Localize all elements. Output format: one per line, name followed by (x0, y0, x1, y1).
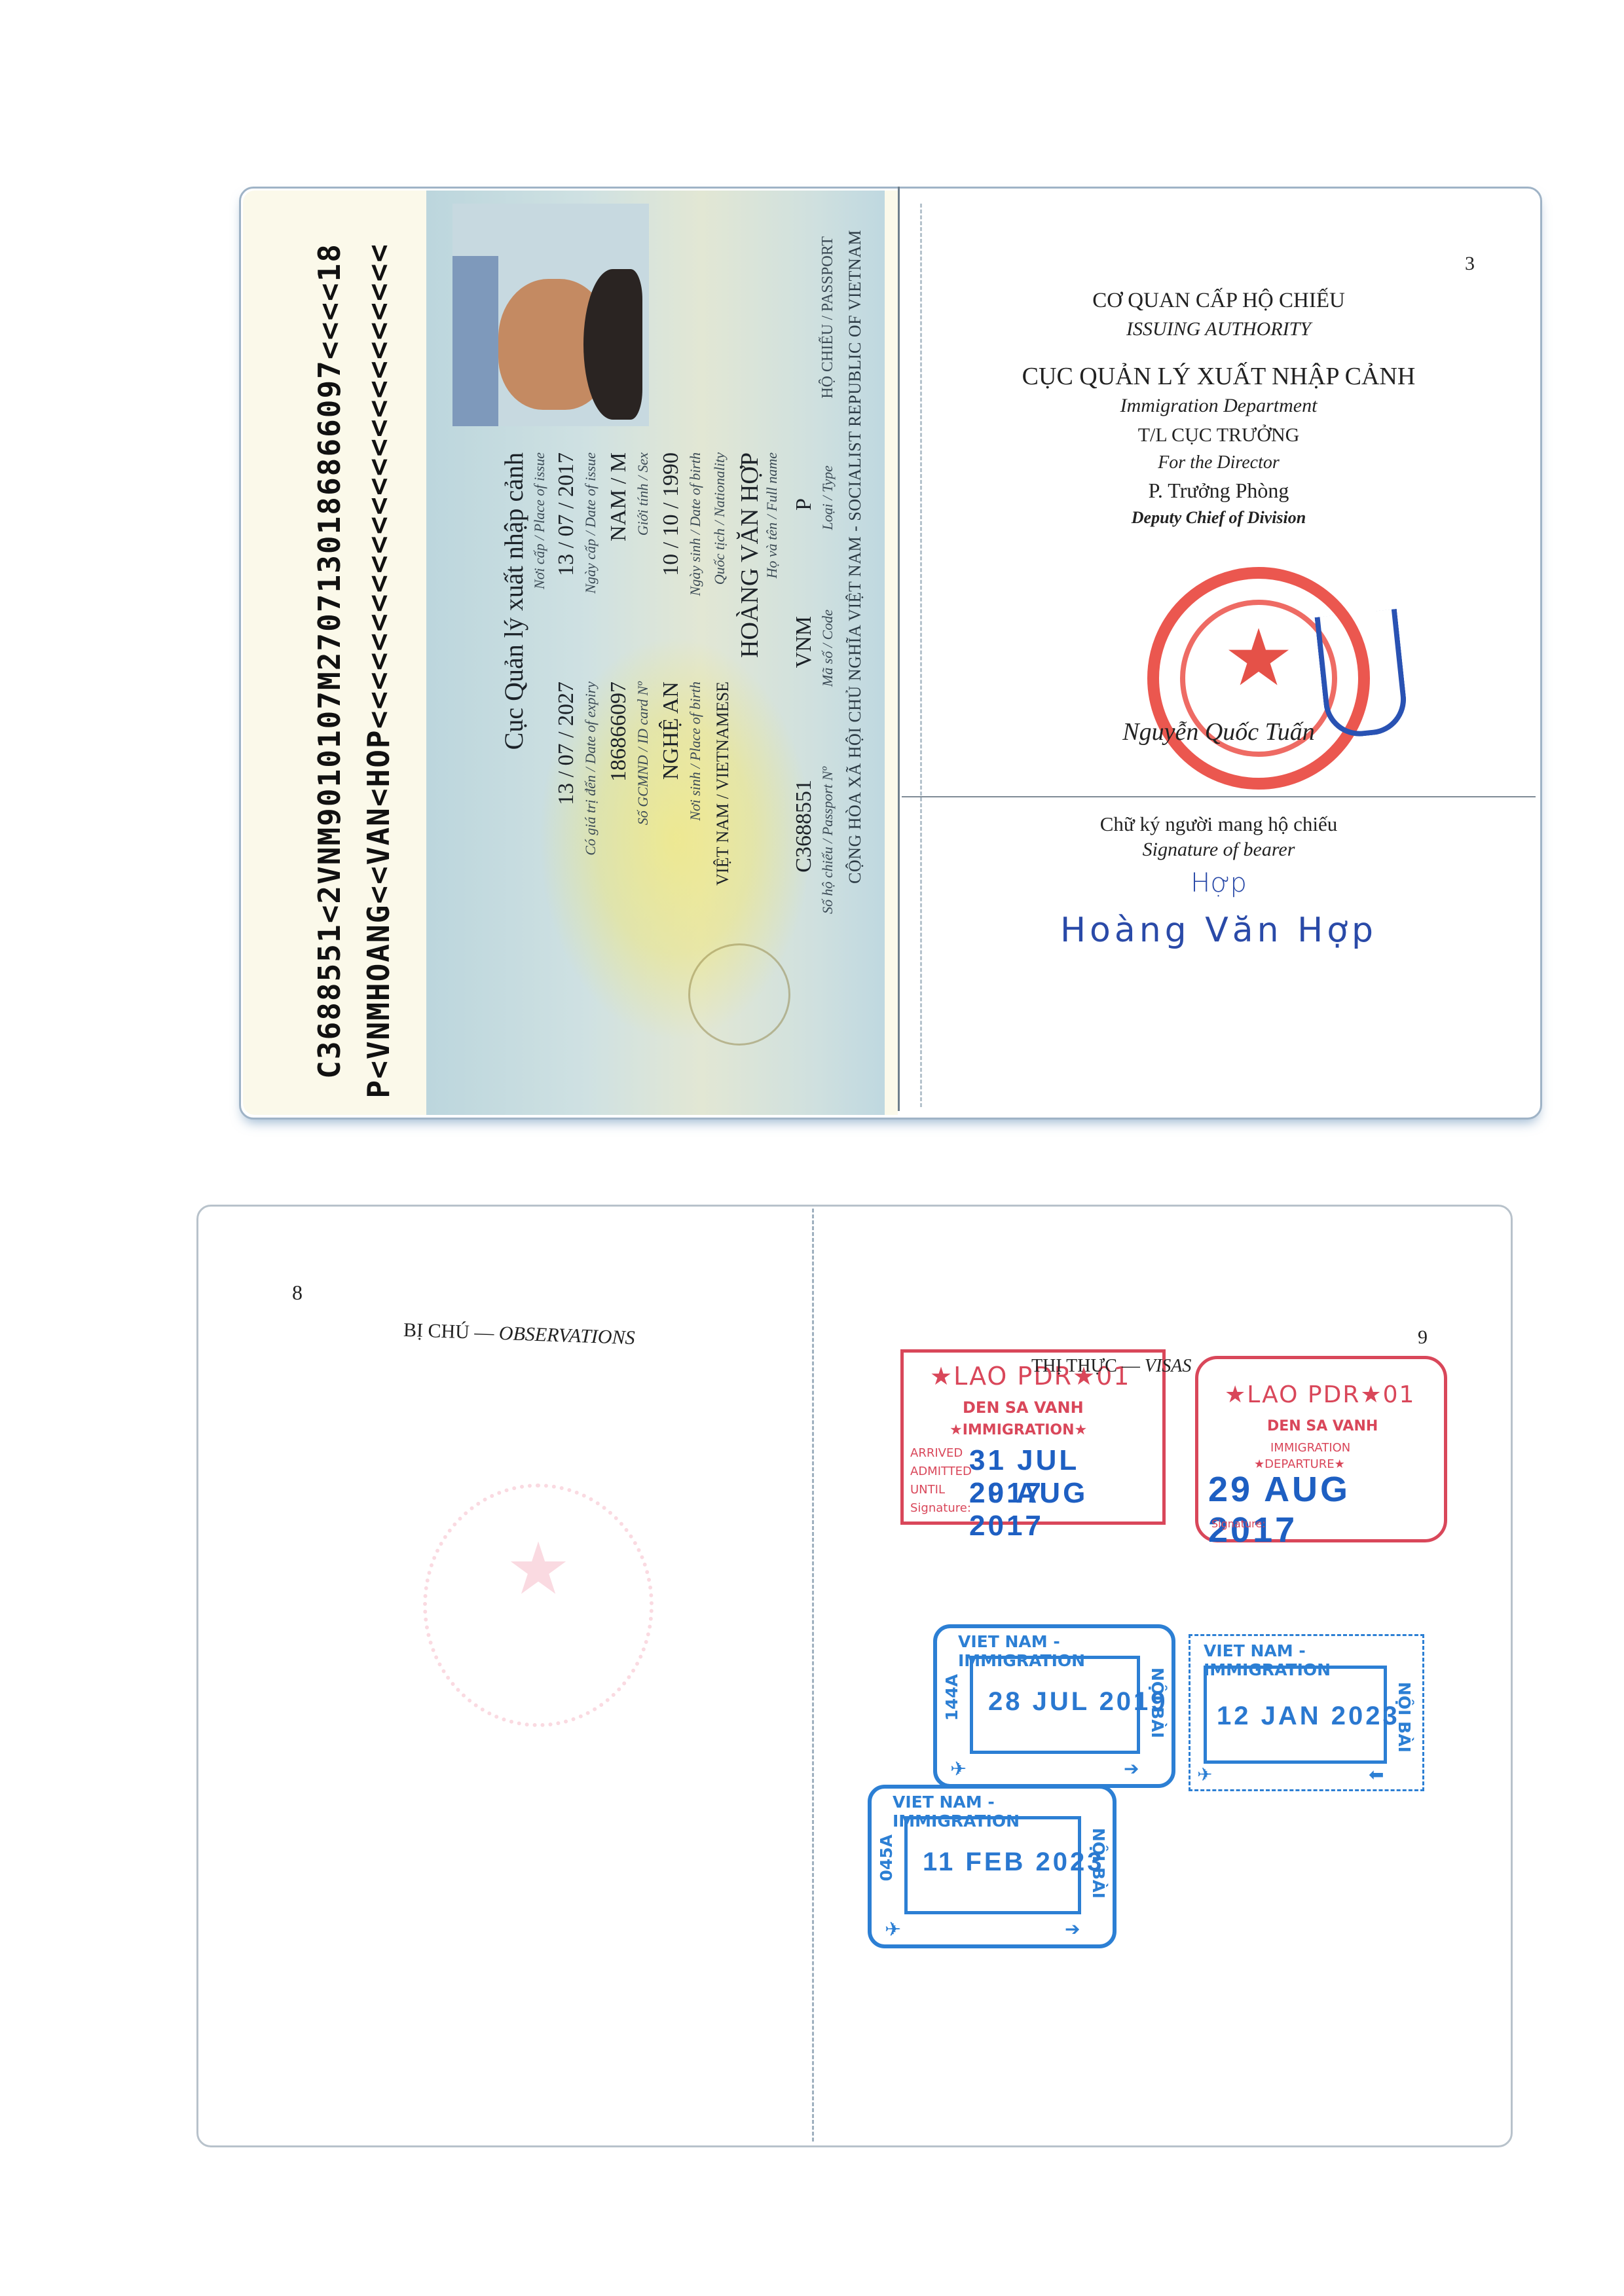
department-vi: CỤC QUẢN LÝ XUẤT NHẬP CẢNH (902, 362, 1536, 391)
issuing-authority-vi: CƠ QUAN CẤP HỘ CHIẾU (902, 289, 1536, 313)
star-icon: ★ (427, 1527, 650, 1611)
bearer-signature-label-vi: Chữ ký người mang hộ chiếu (902, 812, 1536, 836)
date-of-issue-value: 13 / 07 / 2017 (554, 452, 579, 576)
biodata-page: CỘNG HÒA XÃ HỘI CHỦ NGHĨA VIỆT NAM - SOC… (243, 191, 898, 1115)
mrz-line-1: P<VNMHOANG<<VAN<HOP<<<<<<<<<<<<<<<<<<<<<… (361, 243, 396, 1099)
airplane-arrival-icon: ✈ (885, 1918, 901, 1941)
stamp-authority: ★IMMIGRATION★ (950, 1422, 1087, 1438)
place-of-issue-value: Cục Quản lý xuất nhập cảnh (498, 452, 529, 750)
stamp-checkpoint: DEN SA VANH (963, 1398, 1084, 1417)
visa-stamp-lao-departure: ★LAO PDR★01 DEN SA VANH IMMIGRATION ★DEP… (1195, 1356, 1447, 1542)
page-number: 9 (1418, 1326, 1428, 1349)
national-emblem-watermark-icon (688, 943, 790, 1046)
nationality-label: Quốc tịch / Nationality (711, 452, 728, 585)
page-8-observations: 8 BỊ CHÚ — OBSERVATIONS ★ (200, 1209, 813, 2141)
full-name-label: Họ và tên / Full name (764, 452, 781, 578)
airplane-arrival-icon: ✈ (950, 1758, 967, 1781)
id-card-label: Số GCMND / ID card Nº (635, 682, 652, 825)
departure-arrow-icon: ⬅ (1369, 1764, 1384, 1785)
place-of-issue-label: Nơi cấp / Place of issue (531, 452, 548, 589)
date-of-birth-label: Ngày sinh / Date of birth (687, 452, 704, 596)
issuing-authority-en: ISSUING AUTHORITY (902, 318, 1536, 340)
section-divider (902, 796, 1536, 797)
sex-label: Giới tính / Sex (635, 452, 652, 536)
place-of-birth-label: Nơi sinh / Place of birth (687, 682, 704, 821)
stamp-date: 11 FEB 2023 (923, 1848, 1105, 1877)
observations-title-en: OBSERVATIONS (498, 1322, 635, 1349)
date-of-birth-value: 10 / 10 / 1990 (659, 452, 684, 576)
stamp-date: 12 JAN 2023 (1217, 1702, 1400, 1731)
passport-spread-visas: 8 BỊ CHÚ — OBSERVATIONS ★ 9 THỊ THỰC — V… (196, 1205, 1513, 2147)
observations-heading: BỊ CHÚ — OBSERVATIONS (403, 1319, 636, 1349)
country-header: CỘNG HÒA XÃ HỘI CHỦ NGHĨA VIỆT NAM - SOC… (845, 230, 865, 884)
for-director-vi: T/L CỤC TRƯỞNG (902, 424, 1536, 446)
entry-stamp-vietnam-2019: VIET NAM - IMMIGRATION 144A NỘI BÀI 28 J… (933, 1624, 1175, 1788)
nationality-value: VIỆT NAM / VIETNAMESE (713, 682, 733, 886)
stamp-country: ★LAO PDR★01 (1225, 1381, 1415, 1408)
stitch-line (812, 1209, 814, 2141)
passport-number-value: C3688551 (792, 780, 817, 873)
type-value: P (792, 498, 817, 511)
full-name-value: HOÀNG VĂN HỢP (735, 452, 764, 658)
stamp-until-date: 29 AUG 2017 (969, 1477, 1162, 1542)
position-vi: P. Trưởng Phòng (902, 479, 1536, 503)
label-admitted: ADMITTED (910, 1463, 972, 1481)
observations-title-vi: BỊ CHÚ — (403, 1319, 494, 1344)
for-director-en: For the Director (902, 452, 1536, 473)
photo-hair (583, 269, 642, 420)
page-gutter (898, 187, 900, 1111)
date-of-expiry-label: Có giá trị đến / Date of expiry (582, 682, 599, 856)
date-of-expiry-value: 13 / 07 / 2027 (554, 682, 579, 805)
page-number: 3 (1465, 253, 1475, 275)
date-of-issue-label: Ngày cấp / Date of issue (582, 452, 599, 594)
show-through-seal-watermark: ★ (423, 1484, 654, 1727)
entry-stamp-vietnam-feb-2023: VIET NAM - IMMIGRATION 045A NỘI BÀI 11 F… (868, 1785, 1116, 1948)
document-title: HỘ CHIẾU / PASSPORT (819, 236, 837, 399)
passport-number-label: Số hộ chiếu / Passport Nº (819, 767, 836, 914)
id-card-value: 186866097 (606, 682, 631, 782)
page-9-visas: 9 THỊ THỰC — VISAS ★LAO PDR★01 DEN SA VA… (815, 1209, 1508, 2141)
visas-title-vi: THỊ THỰC — (1031, 1356, 1140, 1376)
code-value: VNM (792, 616, 817, 668)
visas-title-en: VISAS (1145, 1356, 1192, 1376)
stamp-authority: IMMIGRATION (1270, 1441, 1350, 1455)
position-en: Deputy Chief of Division (902, 508, 1536, 528)
place-of-birth-value: NGHỆ AN (659, 682, 684, 780)
bearer-signature-short: Hợp (902, 868, 1536, 898)
mrz-line-2: C3688551<2VNM9010107M2707130186866097<<<… (312, 243, 347, 1079)
stamp-checkpoint: DEN SA VANH (1267, 1418, 1378, 1434)
bearer-signature-label-en: Signature of bearer (902, 839, 1536, 861)
label-until: UNTIL (910, 1481, 972, 1499)
label-arrived: ARRIVED (910, 1444, 972, 1463)
stamp-signature-label: Signature: (1211, 1518, 1266, 1530)
passport-spread-data-page: CỘNG HÒA XÃ HỘI CHỦ NGHĨA VIỆT NAM - SOC… (239, 187, 1542, 1120)
photo-shirt (452, 256, 498, 426)
holder-photo (452, 204, 649, 426)
type-label: Loại / Type (819, 465, 836, 530)
sex-value: NAM / M (606, 452, 631, 541)
stamp-code: 144A (942, 1674, 961, 1721)
airplane-departure-icon: ✈ (1197, 1764, 1212, 1785)
page-number: 8 (292, 1281, 303, 1305)
official-name: Nguyễn Quốc Tuấn (902, 718, 1536, 746)
page-3-issuing-authority: 3 CƠ QUAN CẤP HỘ CHIẾU ISSUING AUTHORITY… (902, 191, 1536, 1115)
stamp-departure-date: 29 AUG 2017 (1208, 1469, 1444, 1550)
label-signature: Signature: (910, 1499, 972, 1518)
arrival-arrow-icon: ➔ (1124, 1758, 1139, 1779)
department-en: Immigration Department (902, 395, 1536, 417)
bearer-signature-full: Hoàng Văn Hợp (902, 911, 1536, 950)
stamp-code: 045A (877, 1834, 896, 1882)
arrival-arrow-icon: ➔ (1065, 1918, 1080, 1940)
visas-heading: THỊ THỰC — VISAS (1031, 1356, 1191, 1377)
code-label: Mã số / Code (819, 610, 836, 687)
stamp-labels: ARRIVED ADMITTED UNTIL Signature: (910, 1444, 972, 1518)
stamp-date: 28 JUL 2019 (988, 1687, 1168, 1717)
exit-stamp-vietnam-2023: VIET NAM - IMMIGRATION NỘI BÀI 12 JAN 20… (1189, 1634, 1424, 1791)
